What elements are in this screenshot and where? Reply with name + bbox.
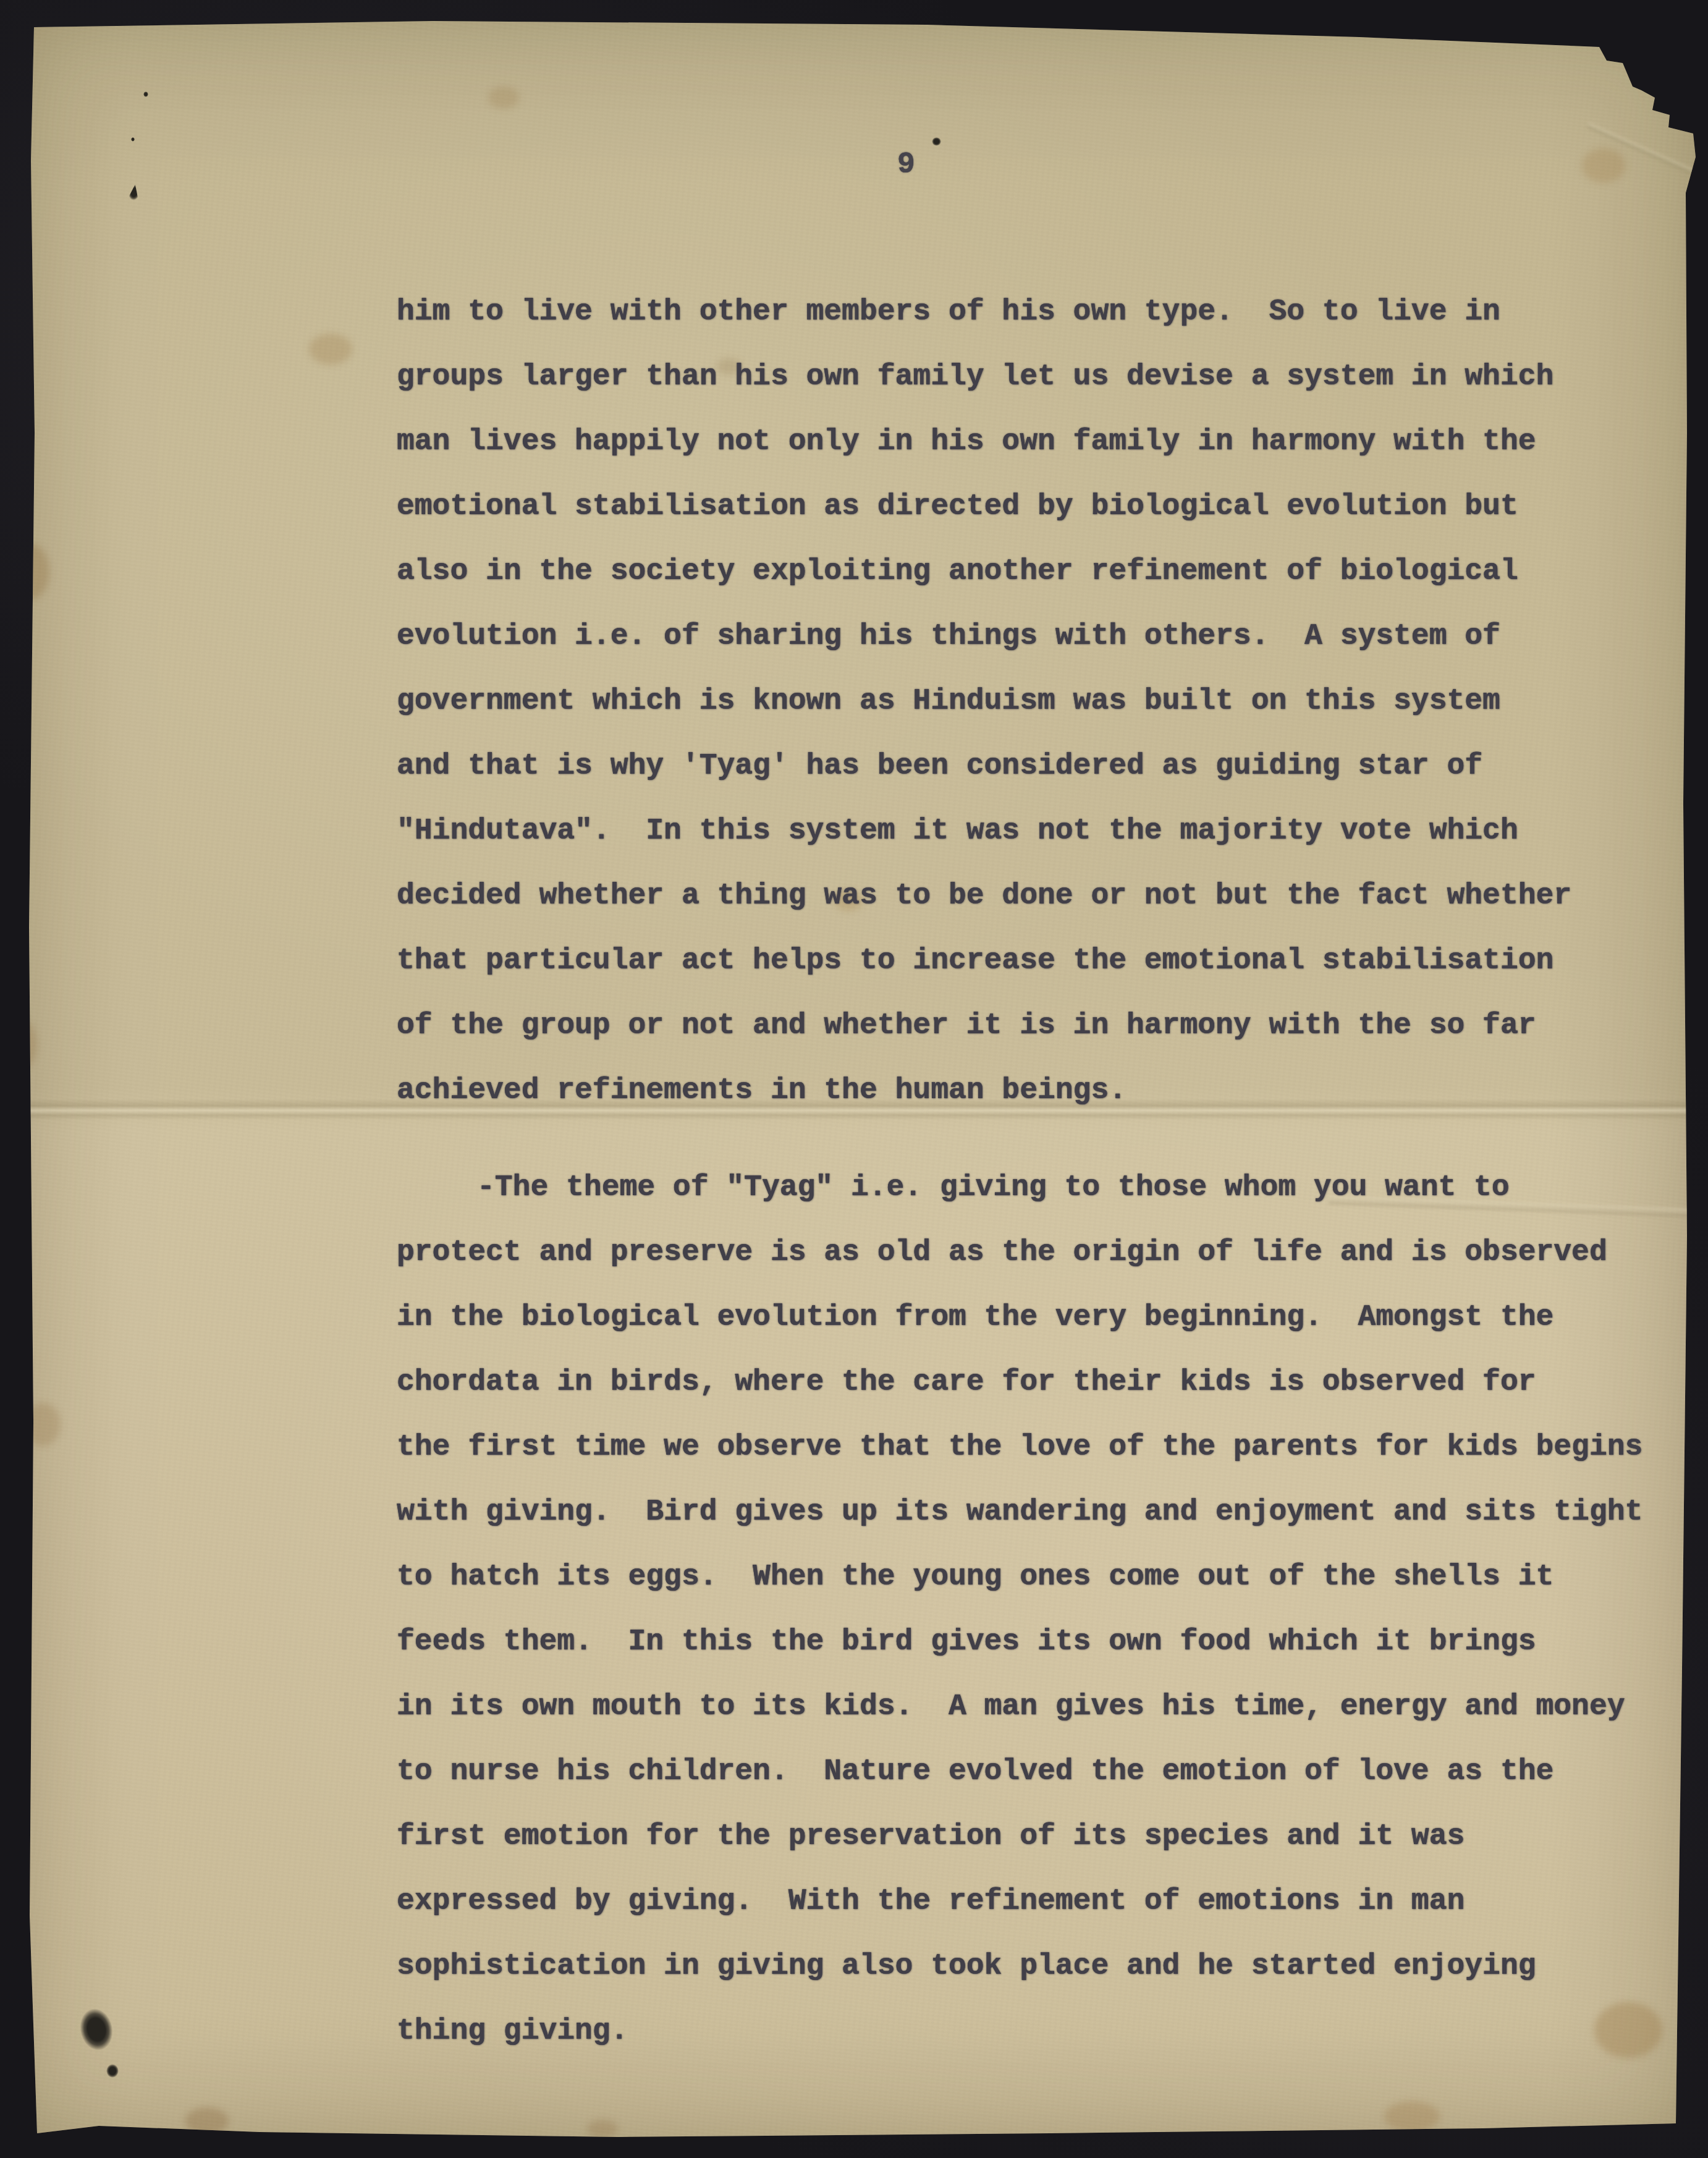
text-line: also in the society exploiting another r… [397,539,1620,604]
text-line: "Hindutava". In this system it was not t… [397,798,1620,863]
text-line: and that is why 'Tyag' has been consider… [397,734,1620,798]
text-line: achieved refinements in the human beings… [397,1058,1620,1123]
text-block: him to live with other members of his ow… [397,279,1620,2063]
text-line: to hatch its eggs. When the young ones c… [397,1544,1620,1609]
text-line: of the group or not and whether it is in… [397,993,1620,1058]
text-line: in the biological evolution from the ver… [397,1285,1620,1350]
page-number: 9 [897,148,915,182]
text-line: chordata in birds, where the care for th… [397,1350,1620,1415]
text-line: sophistication in giving also took place… [397,1934,1620,1999]
paragraph: him to live with other members of his ow… [397,279,1620,1123]
text-line: decided whether a thing was to be done o… [397,863,1620,928]
text-line: protect and preserve is as old as the or… [397,1220,1620,1285]
text-line: government which is known as Hinduism wa… [397,669,1620,734]
text-line: man lives happily not only in his own fa… [397,409,1620,474]
scanned-document: 9 him to live with other members of his … [0,0,1708,2158]
text-line: with giving. Bird gives up its wandering… [397,1479,1620,1544]
text-line: thing giving. [397,1999,1620,2063]
text-line: in its own mouth to its kids. A man give… [397,1674,1620,1739]
text-line: -The theme of "Tyag" i.e. giving to thos… [397,1155,1620,1220]
text-line: that particular act helps to increase th… [397,928,1620,993]
text-line: the first time we observe that the love … [397,1415,1620,1479]
text-line: feeds them. In this the bird gives its o… [397,1609,1620,1674]
text-line: to nurse his children. Nature evolved th… [397,1739,1620,1804]
paper-sheet: 9 him to live with other members of his … [0,0,1708,2158]
text-line: groups larger than his own family let us… [397,344,1620,409]
text-line: expressed by giving. With the refinement… [397,1869,1620,1934]
text-line: him to live with other members of his ow… [397,279,1620,344]
text-line: evolution i.e. of sharing his things wit… [397,604,1620,669]
text-line: first emotion for the preservation of it… [397,1804,1620,1869]
paragraph: -The theme of "Tyag" i.e. giving to thos… [397,1155,1620,2063]
text-line: emotional stabilisation as directed by b… [397,474,1620,539]
